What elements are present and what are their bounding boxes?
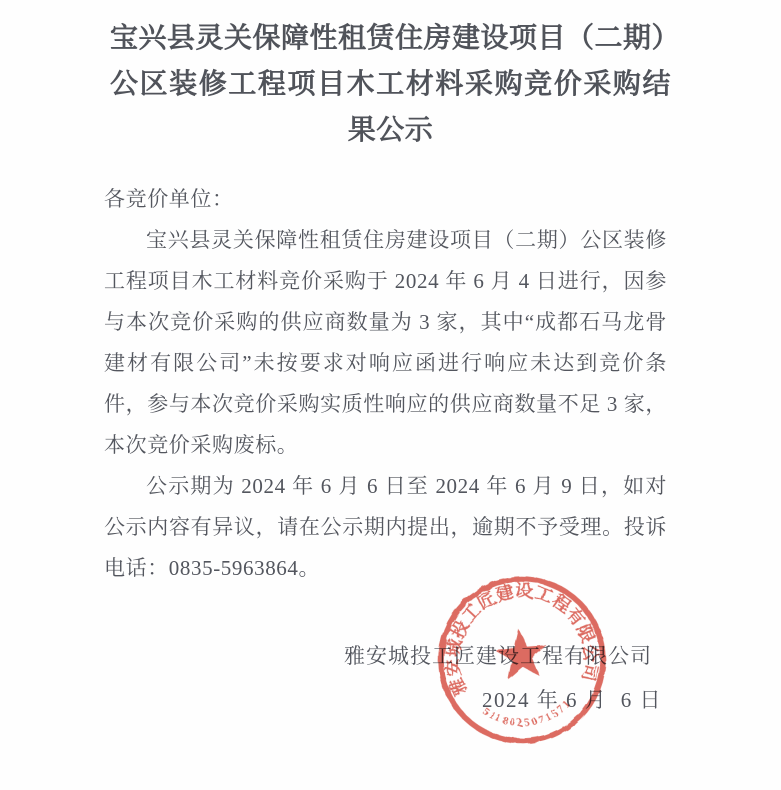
seal-arc-text: 雅安城投工匠建设工程有限公司 [435,573,604,700]
paragraph-procurement-result: 宝兴县灵关保障性租赁住房建设项目（二期）公区装修工程项目木工材料竞价采购于 20… [104,220,667,466]
paragraph-publicity-period: 公示期为 2024 年 6 月 6 日至 2024 年 6 月 9 日，如对公示… [104,466,667,589]
signature-date: 2024 年 6 月 6 日 [482,684,662,714]
document-title-inner: 宝兴县灵关保障性租赁住房建设项目（二期） 公区装修工程项目木工材料采购竞价采购结… [110,16,671,154]
document-title: 宝兴县灵关保障性租赁住房建设项目（二期） 公区装修工程项目木工材料采购竞价采购结… [0,16,781,154]
document-title-line-2: 公区装修工程项目木工材料采购竞价采购结 [110,62,671,108]
document-body: 各竞价单位： 宝兴县灵关保障性租赁住房建设项目（二期）公区装修工程项目木工材料竞… [104,179,667,589]
seal-arc-text-container: 雅安城投工匠建设工程有限公司 [435,573,604,700]
document-title-line-3: 果公示 [110,108,671,154]
document-title-line-1: 宝兴县灵关保障性租赁住房建设项目（二期） [110,16,671,62]
salutation: 各竞价单位： [104,179,667,220]
signature-company-name: 雅安城投工匠建设工程有限公司 [344,640,652,670]
notice-document: 宝兴县灵关保障性租赁住房建设项目（二期） 公区装修工程项目木工材料采购竞价采购结… [0,0,781,790]
